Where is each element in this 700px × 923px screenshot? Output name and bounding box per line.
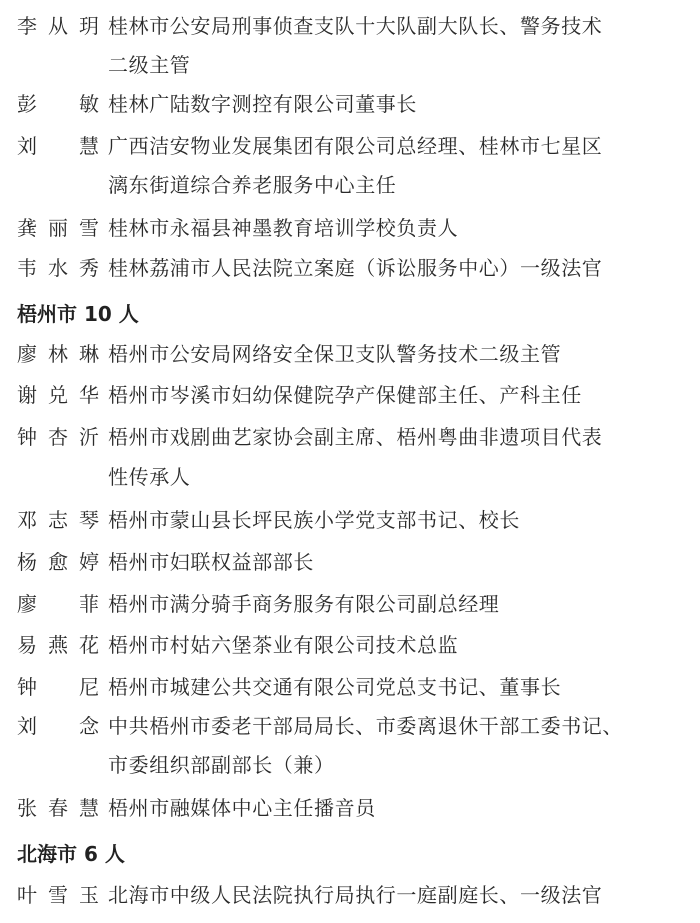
section-heading-beihai: 北海市 6 人 xyxy=(17,838,125,867)
person-title: 梧州市岑溪市妇幼保健院孕产保健部主任、产科主任 xyxy=(108,379,582,408)
person-name: 钟杏沂 xyxy=(17,421,99,450)
person-name: 刘念 xyxy=(17,710,99,739)
entry-row: 张春慧 梧州市融媒体中心主任播音员 xyxy=(0,786,700,826)
person-name: 张春慧 xyxy=(17,792,99,821)
person-title: 桂林市公安局刑事侦查支队十大队副大队长、警务技术 xyxy=(108,10,602,39)
entry-continuation: 市委组织部副部长（兼） xyxy=(0,743,700,783)
person-title: 梧州市戏剧曲艺家协会副主席、梧州粤曲非遗项目代表 xyxy=(108,421,602,450)
person-title: 梧州市融媒体中心主任播音员 xyxy=(108,792,376,821)
entry-row: 李从玥 桂林市公安局刑事侦查支队十大队副大队长、警务技术 xyxy=(0,4,700,44)
entry-continuation: 漓东街道综合养老服务中心主任 xyxy=(0,163,700,203)
entry-row: 钟杏沂 梧州市戏剧曲艺家协会副主席、梧州粤曲非遗项目代表 xyxy=(0,415,700,455)
person-name: 龚丽雪 xyxy=(17,212,99,241)
person-name: 廖菲 xyxy=(17,588,99,617)
person-title: 北海市中级人民法院执行局执行一庭副庭长、一级法官 xyxy=(108,879,602,908)
person-title: 梧州市村姑六堡茶业有限公司技术总监 xyxy=(108,629,458,658)
person-title: 中共梧州市委老干部局局长、市委离退休干部工委书记、 xyxy=(108,710,623,739)
person-name: 钟尼 xyxy=(17,671,99,700)
entry-row: 杨愈婷 梧州市妇联权益部部长 xyxy=(0,540,700,580)
person-title-continued: 性传承人 xyxy=(108,461,190,490)
person-title-continued: 漓东街道综合养老服务中心主任 xyxy=(108,169,396,198)
person-title: 梧州市蒙山县长坪民族小学党支部书记、校长 xyxy=(108,504,520,533)
person-name: 叶雪玉 xyxy=(17,879,99,908)
entry-row: 刘慧 广西洁安物业发展集团有限公司总经理、桂林市七星区 xyxy=(0,124,700,164)
entry-row: 廖林琳 梧州市公安局网络安全保卫支队警务技术二级主管 xyxy=(0,332,700,372)
entry-row: 刘念 中共梧州市委老干部局局长、市委离退休干部工委书记、 xyxy=(0,704,700,744)
section-heading-row: 梧州市 10 人 xyxy=(0,292,700,332)
entry-row: 叶雪玉 北海市中级人民法院执行局执行一庭副庭长、一级法官 xyxy=(0,873,700,913)
person-title: 梧州市满分骑手商务服务有限公司副总经理 xyxy=(108,588,499,617)
entry-row: 邓志琴 梧州市蒙山县长坪民族小学党支部书记、校长 xyxy=(0,498,700,538)
entry-row: 钟尼 梧州市城建公共交通有限公司党总支书记、董事长 xyxy=(0,665,700,705)
entry-row: 谢兑华 梧州市岑溪市妇幼保健院孕产保健部主任、产科主任 xyxy=(0,373,700,413)
person-title: 广西洁安物业发展集团有限公司总经理、桂林市七星区 xyxy=(108,130,602,159)
person-name: 彭敏 xyxy=(17,88,99,117)
entry-row: 彭敏 桂林广陆数字测控有限公司董事长 xyxy=(0,82,700,122)
person-title: 梧州市妇联权益部部长 xyxy=(108,546,314,575)
person-title-continued: 市委组织部副部长（兼） xyxy=(108,749,335,778)
person-name: 谢兑华 xyxy=(17,379,99,408)
section-heading-row: 北海市 6 人 xyxy=(0,832,700,872)
entry-row: 易燕花 梧州市村姑六堡茶业有限公司技术总监 xyxy=(0,623,700,663)
entry-continuation: 二级主管 xyxy=(0,43,700,83)
person-title: 梧州市城建公共交通有限公司党总支书记、董事长 xyxy=(108,671,561,700)
person-name: 邓志琴 xyxy=(17,504,99,533)
person-name: 廖林琳 xyxy=(17,338,99,367)
person-name: 杨愈婷 xyxy=(17,546,99,575)
person-title: 桂林广陆数字测控有限公司董事长 xyxy=(108,88,417,117)
entry-row: 韦水秀 桂林荔浦市人民法院立案庭（诉讼服务中心）一级法官 xyxy=(0,246,700,286)
person-name: 刘慧 xyxy=(17,130,99,159)
person-title: 桂林荔浦市人民法院立案庭（诉讼服务中心）一级法官 xyxy=(108,252,602,281)
person-title: 梧州市公安局网络安全保卫支队警务技术二级主管 xyxy=(108,338,561,367)
person-name: 李从玥 xyxy=(17,10,99,39)
section-heading-wuzhou: 梧州市 10 人 xyxy=(17,298,139,327)
person-title: 桂林市永福县神墨教育培训学校负责人 xyxy=(108,212,458,241)
entry-continuation: 性传承人 xyxy=(0,455,700,495)
entry-row: 龚丽雪 桂林市永福县神墨教育培训学校负责人 xyxy=(0,206,700,246)
entry-row: 廖菲 梧州市满分骑手商务服务有限公司副总经理 xyxy=(0,582,700,622)
person-title-continued: 二级主管 xyxy=(108,49,190,78)
person-name: 易燕花 xyxy=(17,629,99,658)
person-name: 韦水秀 xyxy=(17,252,99,281)
